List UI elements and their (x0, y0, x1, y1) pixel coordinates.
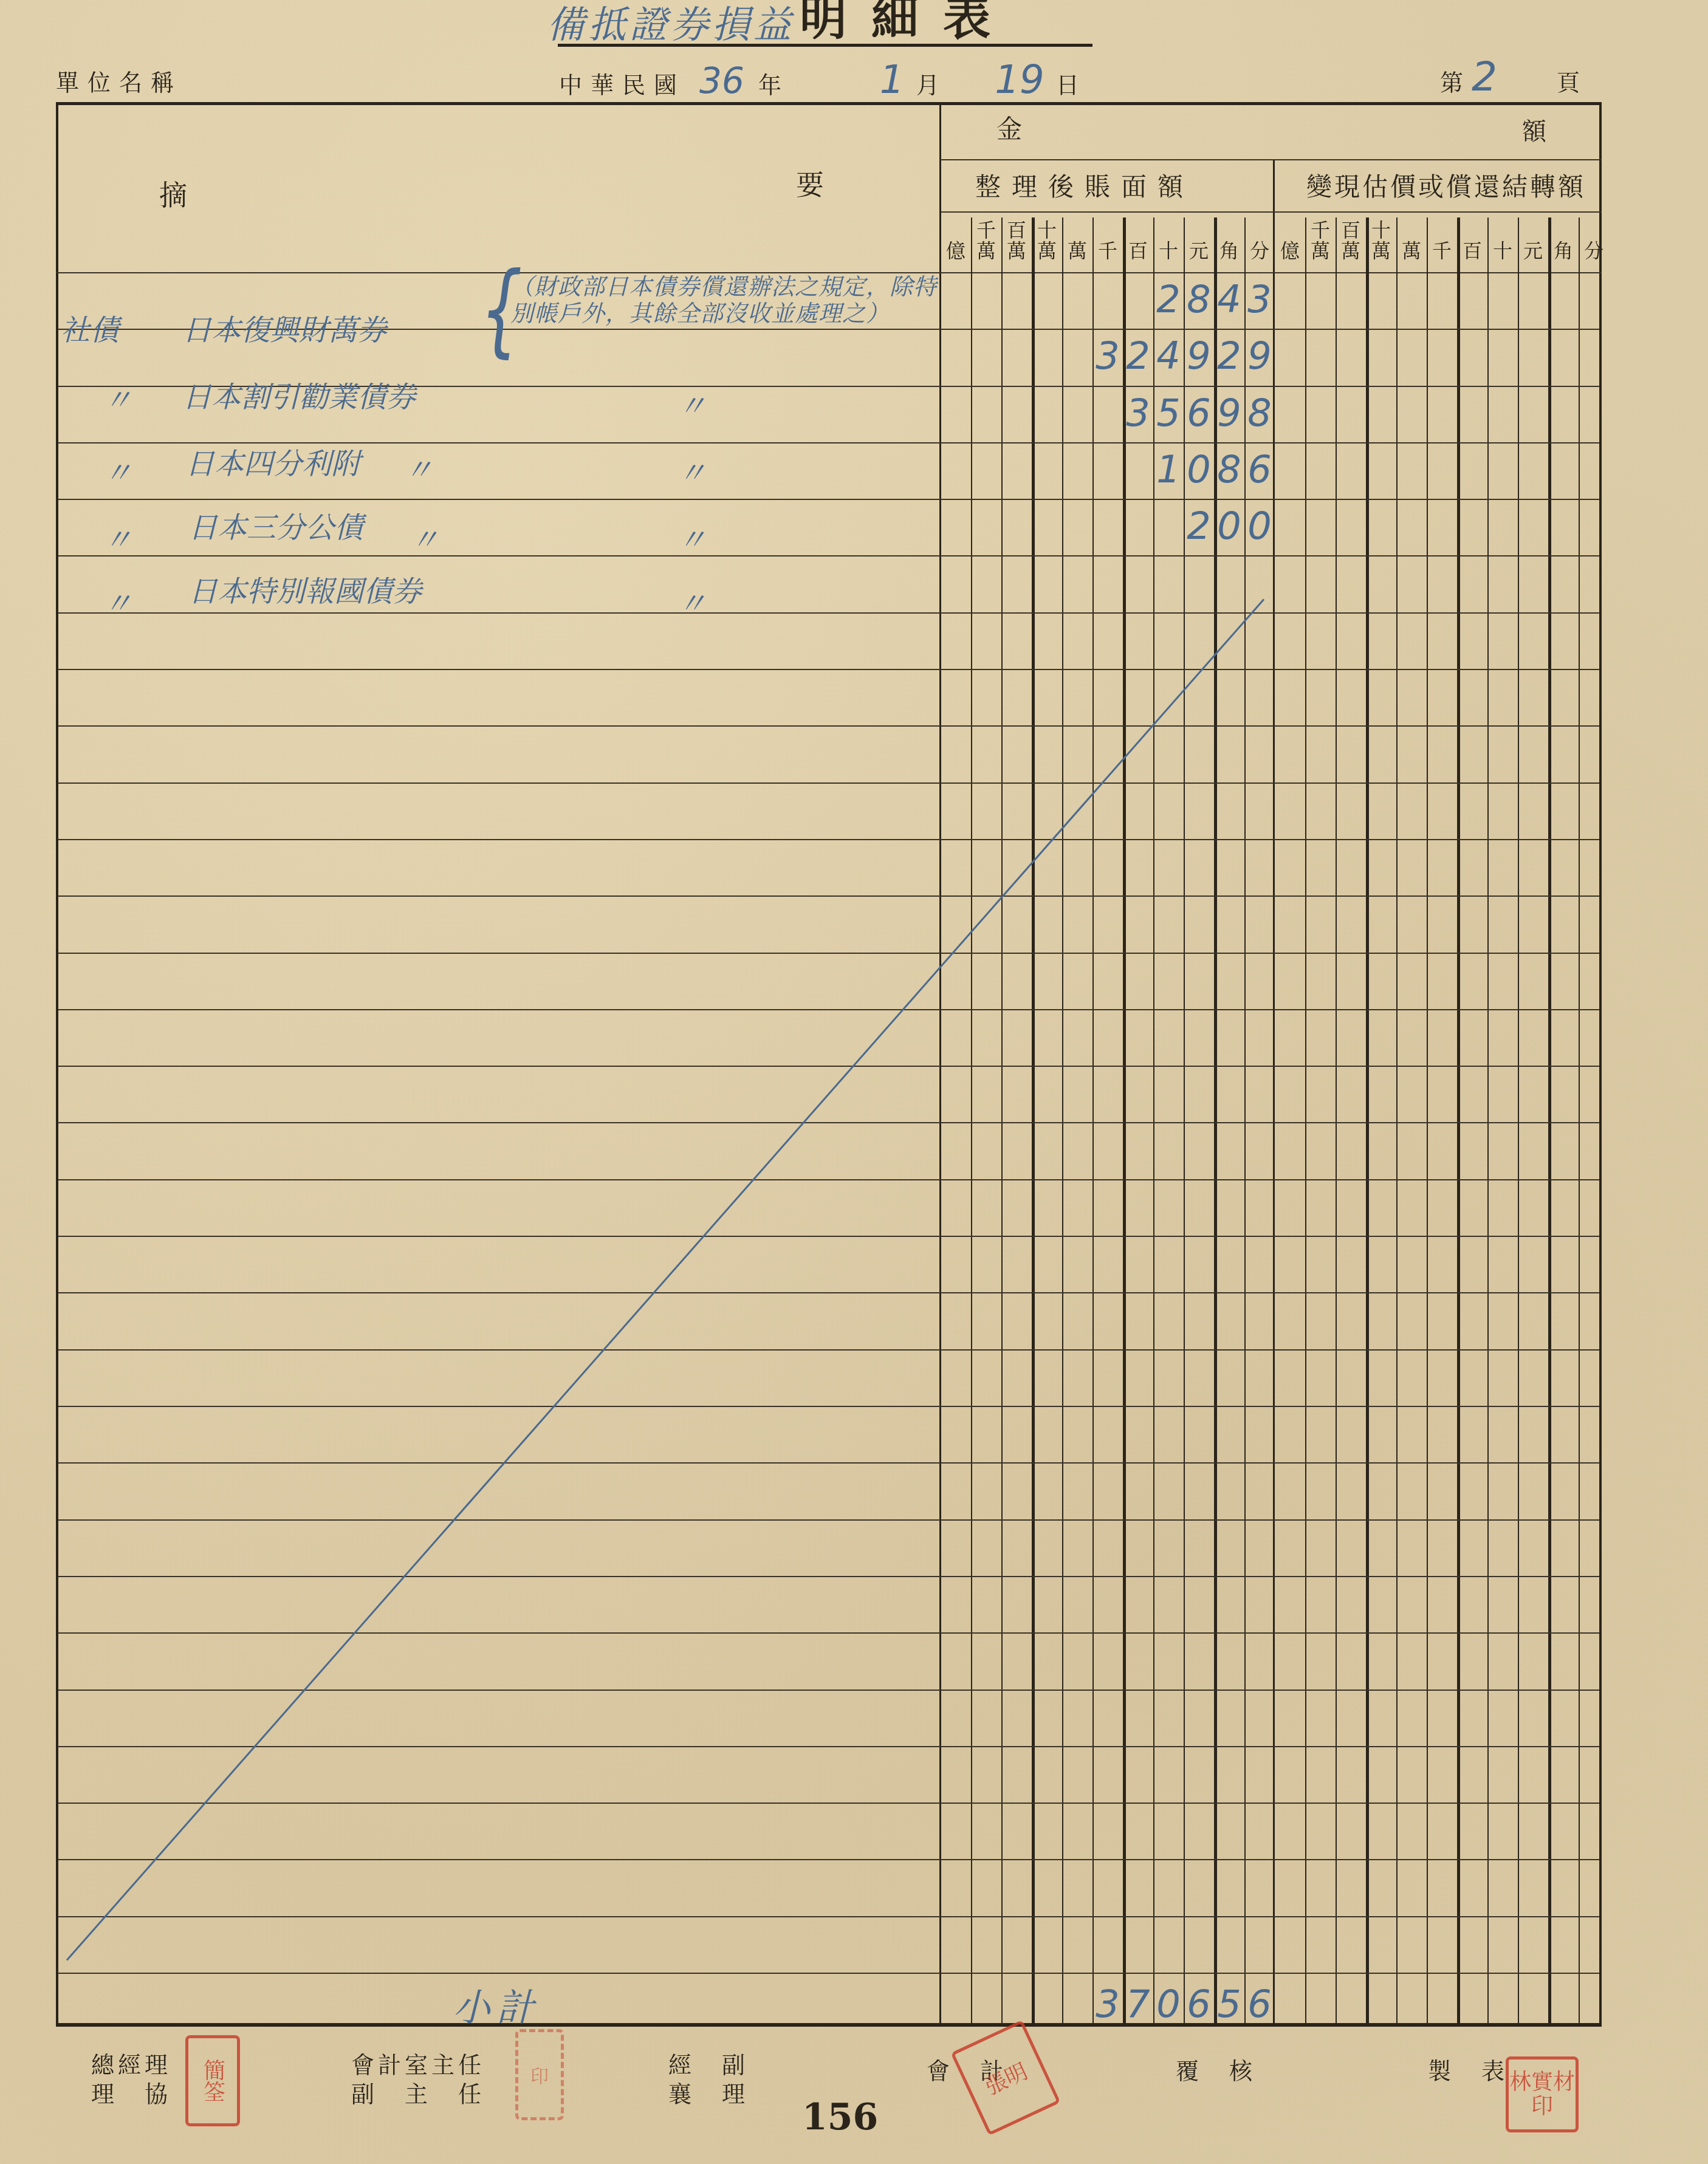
unit-bottom-label: 萬 (1001, 241, 1032, 261)
row-line (58, 1632, 1599, 1634)
row-line (58, 612, 1599, 614)
sig-general-manager-line2: 理 協 (91, 2080, 171, 2109)
unit-top-label: 十 (1032, 220, 1062, 241)
row-line (58, 782, 1599, 784)
book-digit-r5-c9: 0 (1214, 504, 1244, 548)
unit-top-label (941, 220, 971, 241)
book-digit-r2-c8: 9 (1184, 334, 1214, 378)
document-title: 備抵證券損益 明細表 (547, 0, 1015, 49)
subtotal-digit-c5: 3 (1092, 1982, 1123, 2026)
book-digit-r1-c10: 3 (1244, 277, 1275, 321)
row-1-category: 社債 (61, 307, 119, 349)
unit-top-label: 千 (1305, 220, 1336, 241)
row-line (58, 1122, 1599, 1123)
sheet-number: 156 (802, 2096, 878, 2138)
unit-bottom-label: 萬 (1336, 241, 1366, 261)
summary-header-right: 要 (796, 163, 824, 203)
unit-header-book-10: 分 (1244, 220, 1275, 261)
book-digit-r3-c10: 8 (1244, 391, 1275, 435)
unit-bottom-label: 萬 (971, 241, 1001, 261)
unit-top-label (1487, 220, 1518, 241)
row-line (58, 555, 1599, 556)
grid-column-line (1305, 217, 1306, 2023)
book-digit-r2-c9: 2 (1214, 334, 1244, 378)
date-day-label: 日 (1056, 66, 1088, 100)
grid-column-line (971, 217, 972, 2023)
book-digit-r4-c9: 8 (1214, 447, 1244, 491)
unit-bottom-label: 十 (1487, 241, 1518, 261)
sig-deputy-manager-line2: 襄 理 (668, 2080, 749, 2109)
unit-name-label: 單位名稱 (56, 64, 182, 97)
row-line (58, 1519, 1599, 1521)
unit-top-label (1153, 220, 1184, 241)
unit-top-label (1062, 220, 1092, 241)
unit-bottom-label: 分 (1244, 241, 1275, 261)
unit-top-label (1214, 220, 1244, 241)
row-4-item: 日本三分公債 (188, 504, 363, 546)
date-line: 中華民國 36 年 1 月 19 日 (559, 58, 1088, 103)
unit-header-book-3: 十萬 (1032, 220, 1062, 261)
date-era-label: 中華民國 (559, 66, 685, 100)
sig-general-manager: 總經理 理 協 (91, 2050, 171, 2109)
book-digit-r3-c8: 6 (1184, 391, 1214, 435)
amount-header-line (941, 159, 1602, 160)
grid-column-line (1457, 217, 1460, 2023)
subtotal-digit-c10: 6 (1244, 1982, 1275, 2026)
amount-header-left: 金 (996, 109, 1022, 146)
book-digit-r3-c6: 3 (1123, 391, 1153, 435)
grid-column-line (1396, 217, 1398, 2023)
unit-top-label (1275, 220, 1305, 241)
unit-top-label (1184, 220, 1214, 241)
amount-header-right: 額 (1522, 112, 1546, 147)
book-digit-r1-c7: 2 (1153, 277, 1184, 321)
unit-header-book-2: 百萬 (1001, 220, 1032, 261)
row-3-ditto-2: 〃 (677, 450, 707, 491)
grid-column-line (1123, 217, 1126, 2023)
unit-bottom-label: 分 (1579, 241, 1609, 261)
date-year-label: 年 (758, 66, 868, 100)
title-underline (558, 44, 1092, 47)
unit-top-label: 千 (971, 220, 1001, 241)
subtotal-digit-c6: 7 (1123, 1982, 1153, 2026)
unit-bottom-label: 百 (1123, 241, 1153, 261)
unit-bottom-label: 千 (1092, 241, 1123, 261)
section-realized-header: 變現估價或償還結轉額 (1306, 167, 1586, 204)
sig-deputy-manager: 經 副 襄 理 (668, 2050, 749, 2109)
page-suffix: 頁 (1557, 64, 1588, 97)
row-line (58, 1576, 1599, 1577)
book-digit-r3-c9: 9 (1214, 391, 1244, 435)
row-3-item: 日本四分利附 (185, 440, 360, 482)
summary-header-left: 摘 (159, 173, 187, 213)
grid-column-line (1366, 217, 1369, 2023)
grid-column-line (1518, 217, 1519, 2023)
unit-bottom-label: 萬 (1366, 241, 1396, 261)
book-digit-r4-c8: 0 (1184, 447, 1214, 491)
grid-column-line (1001, 217, 1003, 2023)
unit-bottom-label: 十 (1153, 241, 1184, 261)
unit-top-label (1396, 220, 1427, 241)
unit-top-label: 百 (1336, 220, 1366, 241)
unit-header-book-1: 千萬 (971, 220, 1001, 261)
unit-top-label (1457, 220, 1487, 241)
book-digit-r4-c10: 6 (1244, 447, 1275, 491)
sig-accounting-head-line2: 副 主 任 (351, 2080, 485, 2109)
sig-general-manager-line1: 總經理 (91, 2050, 171, 2080)
section-header-line (941, 211, 1602, 213)
unit-bottom-label: 萬 (1032, 241, 1062, 261)
row-5-item: 日本特別報國債券 (188, 568, 422, 610)
row-line (58, 953, 1599, 954)
unit-bottom-label: 元 (1184, 241, 1214, 261)
row-line (58, 1066, 1599, 1067)
row-line (58, 1973, 1599, 1974)
date-month-label: 月 (916, 66, 983, 100)
row-line (58, 1179, 1599, 1180)
row-line (58, 1236, 1599, 1237)
row-line (58, 1406, 1599, 1407)
subtotal-label: 小計 (453, 1977, 540, 2032)
row-4-category: 〃 (103, 516, 132, 558)
unit-header-realized-10: 分 (1579, 220, 1609, 261)
section-book-value-header: 整理後賬面額 (975, 167, 1194, 204)
unit-bottom-label: 萬 (1305, 241, 1336, 261)
row-line (58, 725, 1599, 727)
grid-column-line (1487, 217, 1489, 2023)
subtotal-digit-c8: 6 (1184, 1982, 1214, 2026)
unit-bottom-label: 億 (941, 241, 971, 261)
title-printed: 明細表 (800, 0, 1015, 49)
unit-top-label (1548, 220, 1579, 241)
row-line (58, 1462, 1599, 1464)
row-line (58, 499, 1599, 500)
date-day: 19 (983, 58, 1056, 103)
row-5-category: 〃 (103, 580, 132, 622)
unit-header-realized-0: 億 (1275, 220, 1305, 261)
unit-top-label (1427, 220, 1457, 241)
unit-header-realized-4: 萬 (1396, 220, 1427, 261)
book-digit-r5-c10: 0 (1244, 504, 1275, 548)
row-1-item: 日本復興財萬券 (182, 307, 386, 349)
subtotal-digit-c7: 0 (1153, 1982, 1184, 2026)
unit-bottom-label: 億 (1275, 241, 1305, 261)
row-line (58, 669, 1599, 670)
unit-header-realized-6: 百 (1457, 220, 1487, 261)
unit-header-realized-8: 元 (1518, 220, 1548, 261)
seal-preparer: 林實材印 (1506, 2056, 1579, 2132)
unit-header-book-8: 元 (1184, 220, 1214, 261)
row-2-ditto: 〃 (677, 383, 707, 425)
sig-deputy-manager-line1: 經 副 (668, 2050, 749, 2080)
sig-accounting-head-line1: 會計室主任 (351, 2050, 485, 2080)
row-5-ditto-2: 〃 (677, 580, 707, 622)
unit-bottom-label: 千 (1427, 241, 1457, 261)
row-line (58, 1349, 1599, 1351)
unit-bottom-label: 萬 (1062, 241, 1092, 261)
grid-column-line (1336, 217, 1337, 2023)
unit-header-book-0: 億 (941, 220, 971, 261)
book-digit-r2-c6: 2 (1123, 334, 1153, 378)
row-4-ditto-1: 〃 (410, 516, 439, 558)
row-line (58, 1916, 1599, 1917)
unit-header-realized-5: 千 (1427, 220, 1457, 261)
grid-column-line (1032, 217, 1035, 2023)
row-line (58, 895, 1599, 897)
row-1-note: （財政部日本債券償還辦法之規定，除特別帳戶外，其餘全部沒收並處理之） (510, 273, 960, 327)
row-line (58, 1690, 1599, 1691)
row-4-ditto-2: 〃 (677, 516, 707, 558)
unit-header-book-5: 千 (1092, 220, 1123, 261)
row-line (58, 1746, 1599, 1747)
page-number-value: 2 (1472, 53, 1557, 100)
date-month: 1 (868, 58, 916, 103)
unit-header-realized-3: 十萬 (1366, 220, 1396, 261)
grid-column-line (1092, 217, 1094, 2023)
row-3-category: 〃 (103, 450, 132, 491)
book-digit-r5-c8: 2 (1184, 504, 1214, 548)
sig-reviewer: 覆 核 (1176, 2056, 1256, 2086)
sig-preparer: 製 表 (1428, 2056, 1508, 2086)
unit-top-label (1123, 220, 1153, 241)
book-digit-r2-c10: 9 (1244, 334, 1275, 378)
book-digit-r2-c7: 4 (1153, 334, 1184, 378)
unit-header-realized-2: 百萬 (1336, 220, 1366, 261)
unit-header-realized-7: 十 (1487, 220, 1518, 261)
grid-column-line (1548, 217, 1551, 2023)
unit-top-label (1244, 220, 1275, 241)
page-number: 第 2 頁 (1440, 53, 1588, 100)
book-digit-r4-c7: 1 (1153, 447, 1184, 491)
row-line (58, 1292, 1599, 1293)
unit-top-label (1092, 220, 1123, 241)
row-line (58, 1859, 1599, 1860)
unit-header-book-9: 角 (1214, 220, 1244, 261)
unit-top-label: 十 (1366, 220, 1396, 241)
row-line (58, 1803, 1599, 1804)
unit-header-book-7: 十 (1153, 220, 1184, 261)
unit-top-label: 百 (1001, 220, 1032, 241)
sig-accounting-head: 會計室主任 副 主 任 (351, 2050, 485, 2109)
book-digit-r1-c9: 4 (1214, 277, 1244, 321)
row-2-item: 日本割引勸業債券 (182, 374, 416, 416)
row-3-ditto-1: 〃 (404, 447, 433, 488)
unit-bottom-label: 百 (1457, 241, 1487, 261)
summary-amount-divider (939, 102, 941, 2027)
unit-bottom-label: 角 (1214, 241, 1244, 261)
unit-top-label (1579, 220, 1609, 241)
date-year: 36 (685, 60, 758, 101)
book-digit-r3-c7: 5 (1153, 391, 1184, 435)
book-digit-r1-c8: 8 (1184, 277, 1214, 321)
unit-header-realized-9: 角 (1548, 220, 1579, 261)
unit-bottom-label: 元 (1518, 241, 1548, 261)
row-line (58, 1009, 1599, 1010)
row-2-category: 〃 (103, 377, 132, 419)
unit-bottom-label: 角 (1548, 241, 1579, 261)
unit-bottom-label: 萬 (1396, 241, 1427, 261)
seal-general-manager: 簡筌 (185, 2035, 240, 2126)
grid-column-line (1427, 217, 1428, 2023)
book-digit-r2-c5: 3 (1092, 334, 1123, 378)
grid-column-line (1062, 217, 1063, 2023)
unit-header-book-4: 萬 (1062, 220, 1092, 261)
row-line (58, 839, 1599, 840)
unit-header-realized-1: 千萬 (1305, 220, 1336, 261)
unit-top-label (1518, 220, 1548, 241)
seal-accounting-head: 印 (515, 2029, 564, 2120)
grid-column-line (1579, 217, 1580, 2023)
unit-header-book-6: 百 (1123, 220, 1153, 261)
page-prefix: 第 (1440, 64, 1472, 97)
title-handwritten: 備抵證券損益 (547, 0, 795, 49)
subtotal-digit-c9: 5 (1214, 1982, 1244, 2026)
